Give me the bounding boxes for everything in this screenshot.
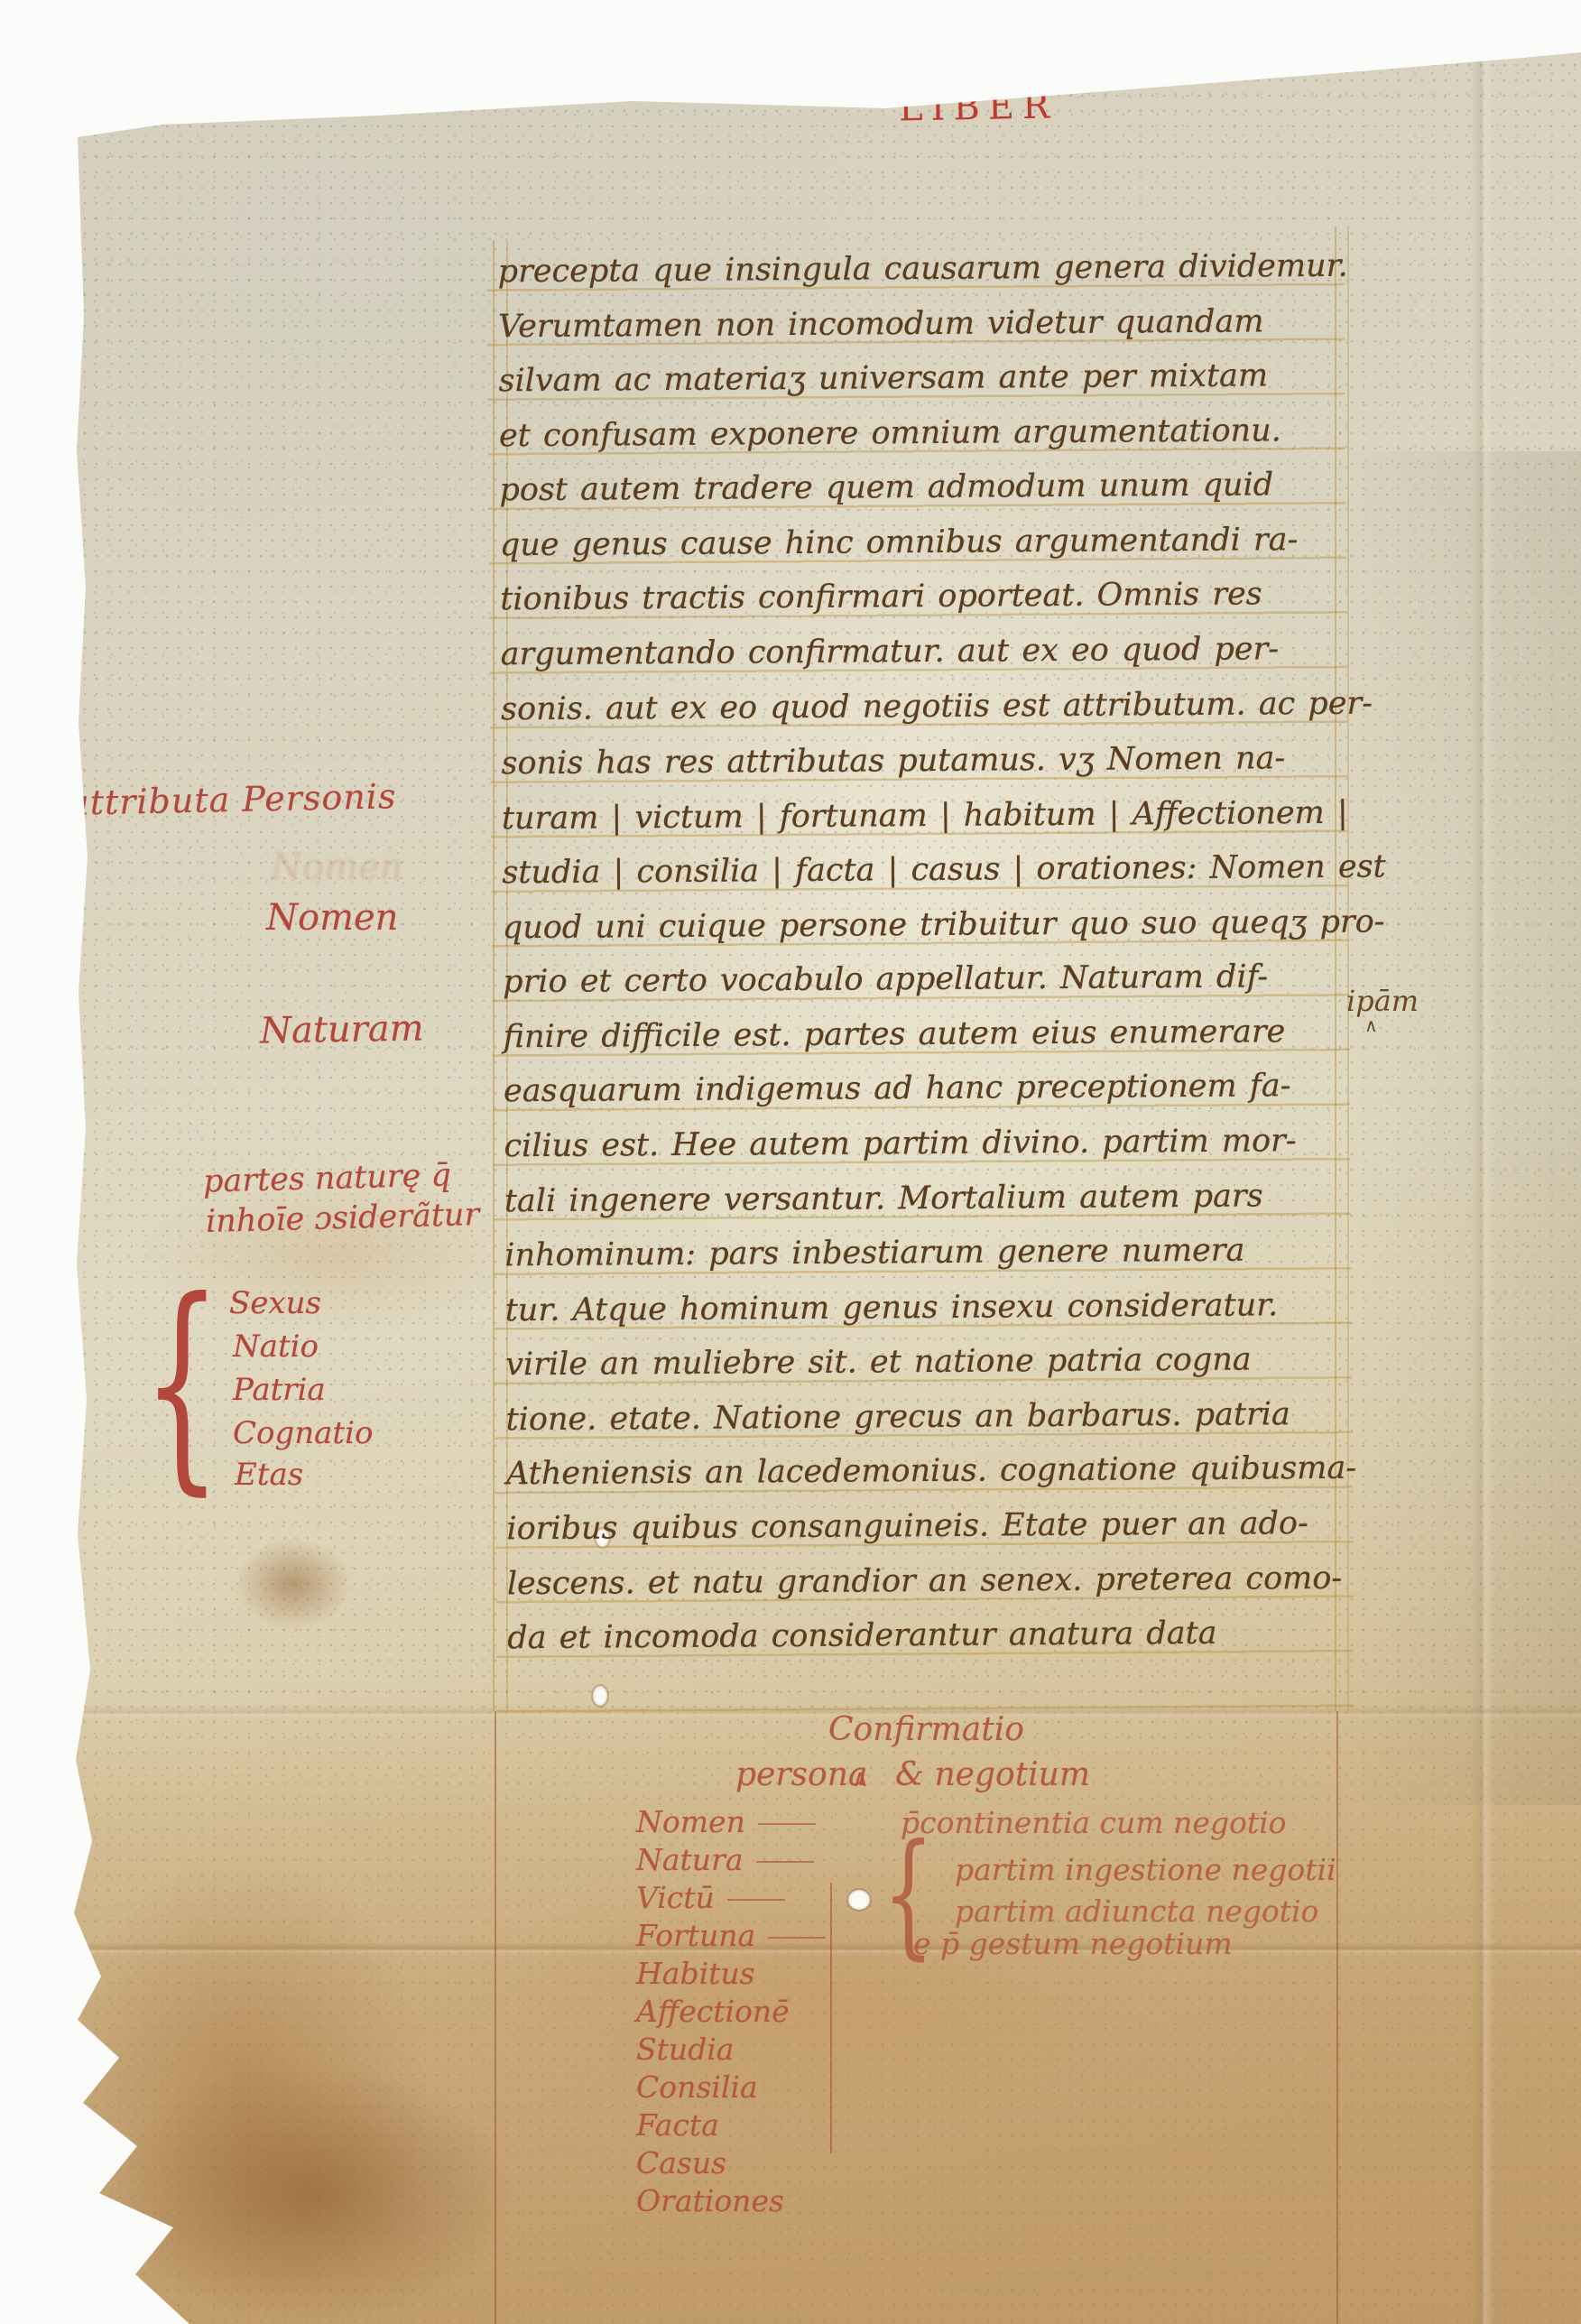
left-bounding-line-lower [495,1711,496,2324]
margin-list-sexus: Sexus [229,1285,321,1321]
manuscript-line: easquarum indigemus ad hanc preceptionem… [504,1059,1352,1119]
diagram-attr-nomen: Nomen [636,1803,826,1841]
margin-gloss-ipsam: ipām [1346,984,1419,1018]
margin-list-patria: Patria [233,1372,326,1408]
manuscript-line: tione. etate. Natione grecus an barbarus… [505,1387,1354,1448]
margin-rubric-naturam: Naturam [260,1007,424,1051]
margin-list-brace: { [143,1271,221,1496]
vertical-fold-crease [1471,54,1494,2324]
manuscript-line: post autem tradere quem admodum unum qui… [499,458,1347,518]
manuscript-line: inhominum: pars inbestiarum genere numer… [504,1223,1353,1283]
manuscript-line: finire difficile est. partes autem eius … [503,1005,1351,1065]
margin-rubric-nomen: Nomen [266,897,398,939]
margin-list-cognatio: Cognatio [233,1415,373,1451]
diagram-attr-habitus: Habitus [636,1955,826,1993]
diagram-attr-fortuna: Fortuna [636,1917,826,1955]
manuscript-line: virile an muliebre sit. et natione patri… [505,1332,1354,1393]
manuscript-line: da et incomoda considerantur anatura dat… [507,1606,1355,1666]
main-text-block: precepta que insingula causarum genera d… [498,239,1356,1666]
manuscript-line: tur. Atque hominum genus insexu consider… [505,1277,1354,1338]
margin-list-natio: Natio [233,1329,319,1365]
running-title: LIBER [899,85,1059,129]
right-bounding-line-lower [1336,1711,1338,2324]
manuscript-line: prio et certo vocabulo appellatur. Natur… [503,949,1351,1010]
manuscript-line: que genus cause hinc omnibus argumentand… [500,513,1348,573]
diagram-negotium-line-2: partim ingestione negotii [955,1852,1336,1887]
diagram-attr-orationes: Orationes [636,2182,826,2220]
diagram-persona-label: persona [735,1756,867,1793]
manuscript-line: ioribus quibus consanguineis. Etate puer… [506,1496,1354,1557]
manuscript-line: tionibus tractis confirmari oporteat. Om… [500,567,1348,627]
manuscript-line: silvam ac materiaʒ universam ante per mi… [498,348,1346,409]
manuscript-line: Verumtamen non incomodum videtur quandam [498,293,1346,354]
manuscript-line: et confusam exponere omnium argumentatio… [499,403,1347,463]
diagram-attr-victu: Victū [636,1879,826,1917]
diagram-insertion-caret: ∧ [852,1765,869,1792]
manuscript-line: studia | consilia | facta | casus | orat… [502,840,1350,901]
margin-rubric-attributa-personis: attributa Personis [69,776,397,823]
parchment-hole-3 [848,1890,870,1910]
manuscript-line: lescens. et natu grandior an senex. pret… [507,1551,1355,1611]
horizontal-fold-crease [78,1942,1581,1955]
manuscript-line: turam | victum | fortunam | habitum | Af… [502,785,1350,846]
diagram-attr-facta: Facta [636,2106,826,2144]
manuscript-line: sonis. aut ex eo quod negotiis est attri… [501,676,1349,736]
parchment-hole-2 [593,1686,607,1706]
manuscript-line: tali ingenere versantur. Mortalium autem… [504,1168,1353,1228]
diagram-person-attributes: Nomen Natura Victū Fortuna Habitus Affec… [636,1803,826,2220]
manuscript-line: Atheniensis an lacedemonius. cognatione … [506,1441,1354,1502]
margin-ghost-text: Nomen [271,847,402,888]
manuscript-scan: LIBER precepta que insingula causarum ge… [0,0,1581,2324]
margin-gloss-caret: ∧ [1364,1014,1378,1036]
diagram-attr-natura: Natura [636,1841,826,1879]
diagram-connector-line [830,1883,832,2153]
manuscript-line: quod uni cuique persone tribuitur quo su… [503,894,1351,955]
manuscript-line: cilius est. Hee autem partim divino. par… [504,1114,1352,1174]
diagram-attr-casus: Casus [636,2144,826,2182]
diagram-attr-affectione: Affectionē [636,1993,826,2031]
left-bounding-line-1 [493,240,495,1711]
diagram-negotium-line-3: partim adiuncta negotio [955,1893,1318,1929]
manuscript-line: sonis has res attributas putamus. vʒ Nom… [501,731,1349,792]
margin-rubric-partes-line1: partes naturę q̄ [203,1157,452,1199]
diagram-attr-studia: Studia [636,2031,826,2069]
margin-list-etas: Etas [235,1457,303,1493]
manuscript-line: argumentando confirmatur. aut ex eo quod… [500,622,1348,682]
diagram-negotium-label: & negotium [895,1756,1090,1793]
manuscript-line: precepta que insingula causarum genera d… [498,239,1346,300]
diagram-negotium-line-1: p̄continentia cum negotio [901,1805,1287,1840]
margin-rubric-partes-line2: inhoīe ɔsiderãtur [206,1197,480,1240]
diagram-negotium-line-4: e p̄ gestum negotium [913,1926,1233,1961]
parchment-sheet: LIBER precepta que insingula causarum ge… [0,0,1581,2324]
diagram-title-confirmatio: Confirmatio [828,1711,1024,1748]
diagram-attr-consilia: Consilia [636,2069,826,2106]
